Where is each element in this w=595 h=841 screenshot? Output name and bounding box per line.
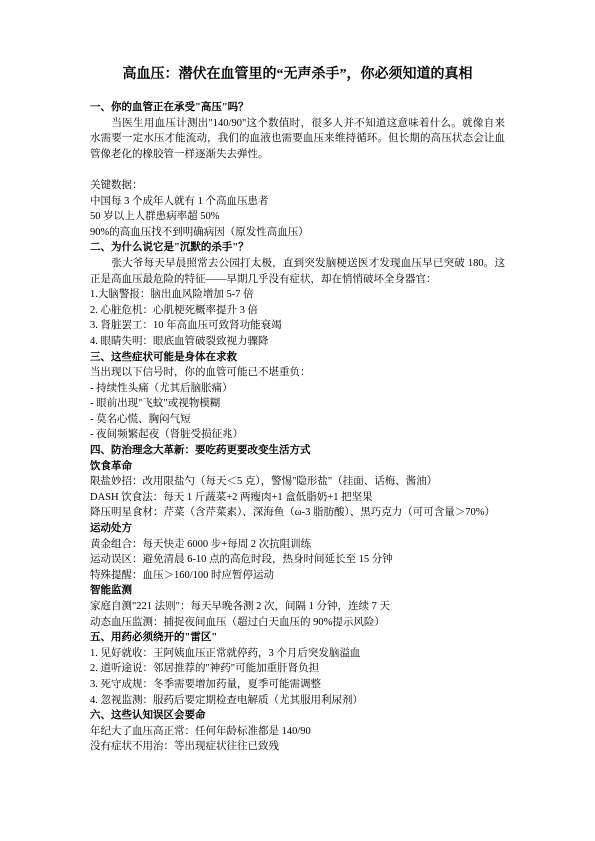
sub-heading: 饮食革命 <box>90 459 505 475</box>
document-page: 高血压：潜伏在血管里的“无声杀手”，你必须知道的真相 一、你的血管正在承受"高压… <box>0 0 595 841</box>
section-heading: 一、你的血管正在承受"高压"吗？ <box>90 100 505 116</box>
section-heading: 三、这些症状可能是身体在求救 <box>90 350 505 366</box>
paragraph: 当出现以下信号时，你的血管可能已不堪重负： <box>90 365 505 381</box>
paragraph: 4. 眼睛失明：眼底血管破裂致视力骤降 <box>90 334 505 350</box>
paragraph: 降压明星食材：芹菜（含芹菜素）、深海鱼（ω-3 脂肪酸）、黑巧克力（可可含量＞7… <box>90 505 505 521</box>
paragraph: 2. 心脏危机：心肌梗死概率提升 3 倍 <box>90 303 505 319</box>
paragraph: 4. 忽视监测：服药后要定期检查电解质（尤其服用利尿剂） <box>90 693 505 709</box>
paragraph: 关键数据： <box>90 178 505 194</box>
section-heading: 四、防治理念大革新：要吃药更要改变生活方式 <box>90 443 505 459</box>
document-title: 高血压：潜伏在血管里的“无声杀手”，你必须知道的真相 <box>90 66 505 84</box>
paragraph: 运动误区：避免清晨 6-10 点的高危时段，热身时间延长至 15 分钟 <box>90 552 505 568</box>
paragraph: 特殊提醒：血压＞160/100 时应暂停运动 <box>90 568 505 584</box>
paragraph: 动态血压监测：捕捉夜间血压（超过白天血压的 90%提示风险） <box>90 615 505 631</box>
section-heading: 六、这些认知误区会要命 <box>90 708 505 724</box>
paragraph: DASH 饮食法：每天 1 斤蔬菜+2 两瘦肉+1 盒低脂奶+1 把坚果 <box>90 490 505 506</box>
paragraph: 3. 肾脏罢工：10 年高血压可致肾功能衰竭 <box>90 318 505 334</box>
sub-heading: 运动处方 <box>90 521 505 537</box>
section-heading: 二、为什么说它是"沉默的杀手"？ <box>90 240 505 256</box>
paragraph: 黄金组合：每天快走 6000 步+每周 2 次抗阻训练 <box>90 537 505 553</box>
paragraph: 张大爷每天早晨照常去公园打太极，直到突发脑梗送医才发现血压早已突破 180。这正… <box>90 256 505 287</box>
paragraph: - 莫名心慌、胸闷气短 <box>90 412 505 428</box>
paragraph: 50 岁以上人群患病率超 50% <box>90 209 505 225</box>
paragraph: - 持续性头痛（尤其后脑胀痛） <box>90 381 505 397</box>
paragraph: 限盐妙招：改用限盐勺（每天＜5 克），警惕"隐形盐"（挂面、话梅、酱油） <box>90 474 505 490</box>
section-heading: 五、用药必须绕开的"雷区" <box>90 630 505 646</box>
paragraph: - 夜间频繁起夜（肾脏受损征兆） <box>90 427 505 443</box>
paragraph: - 眼前出现"飞蚊"或视物模糊 <box>90 396 505 412</box>
paragraph: 中国每 3 个成年人就有 1 个高血压患者 <box>90 194 505 210</box>
paragraph: 没有症状不用治：等出现症状往往已致残 <box>90 739 505 755</box>
paragraph: 3. 死守成规：冬季需要增加药量，夏季可能需调整 <box>90 677 505 693</box>
paragraph: 年纪大了血压高正常：任何年龄标准都是 140/90 <box>90 724 505 740</box>
paragraph: 90%的高血压找不到明确病因（原发性高血压） <box>90 225 505 241</box>
paragraph: 2. 道听途说：邻居推荐的"神药"可能加重肝肾负担 <box>90 661 505 677</box>
sub-heading: 智能监测 <box>90 583 505 599</box>
paragraph: 家庭自测"221 法则"：每天早晚各测 2 次，间隔 1 分钟，连续 7 天 <box>90 599 505 615</box>
document-blocks: 一、你的血管正在承受"高压"吗？当医生用血压计测出"140/90"这个数值时，很… <box>90 100 505 755</box>
paragraph: 1. 见好就收：王阿姨血压正常就停药，3 个月后突发脑溢血 <box>90 646 505 662</box>
paragraph: 1.大脑警报：脑出血风险增加 5-7 倍 <box>90 287 505 303</box>
blank-line <box>90 162 505 178</box>
paragraph: 当医生用血压计测出"140/90"这个数值时，很多人并不知道这意味着什么。就像自… <box>90 116 505 163</box>
